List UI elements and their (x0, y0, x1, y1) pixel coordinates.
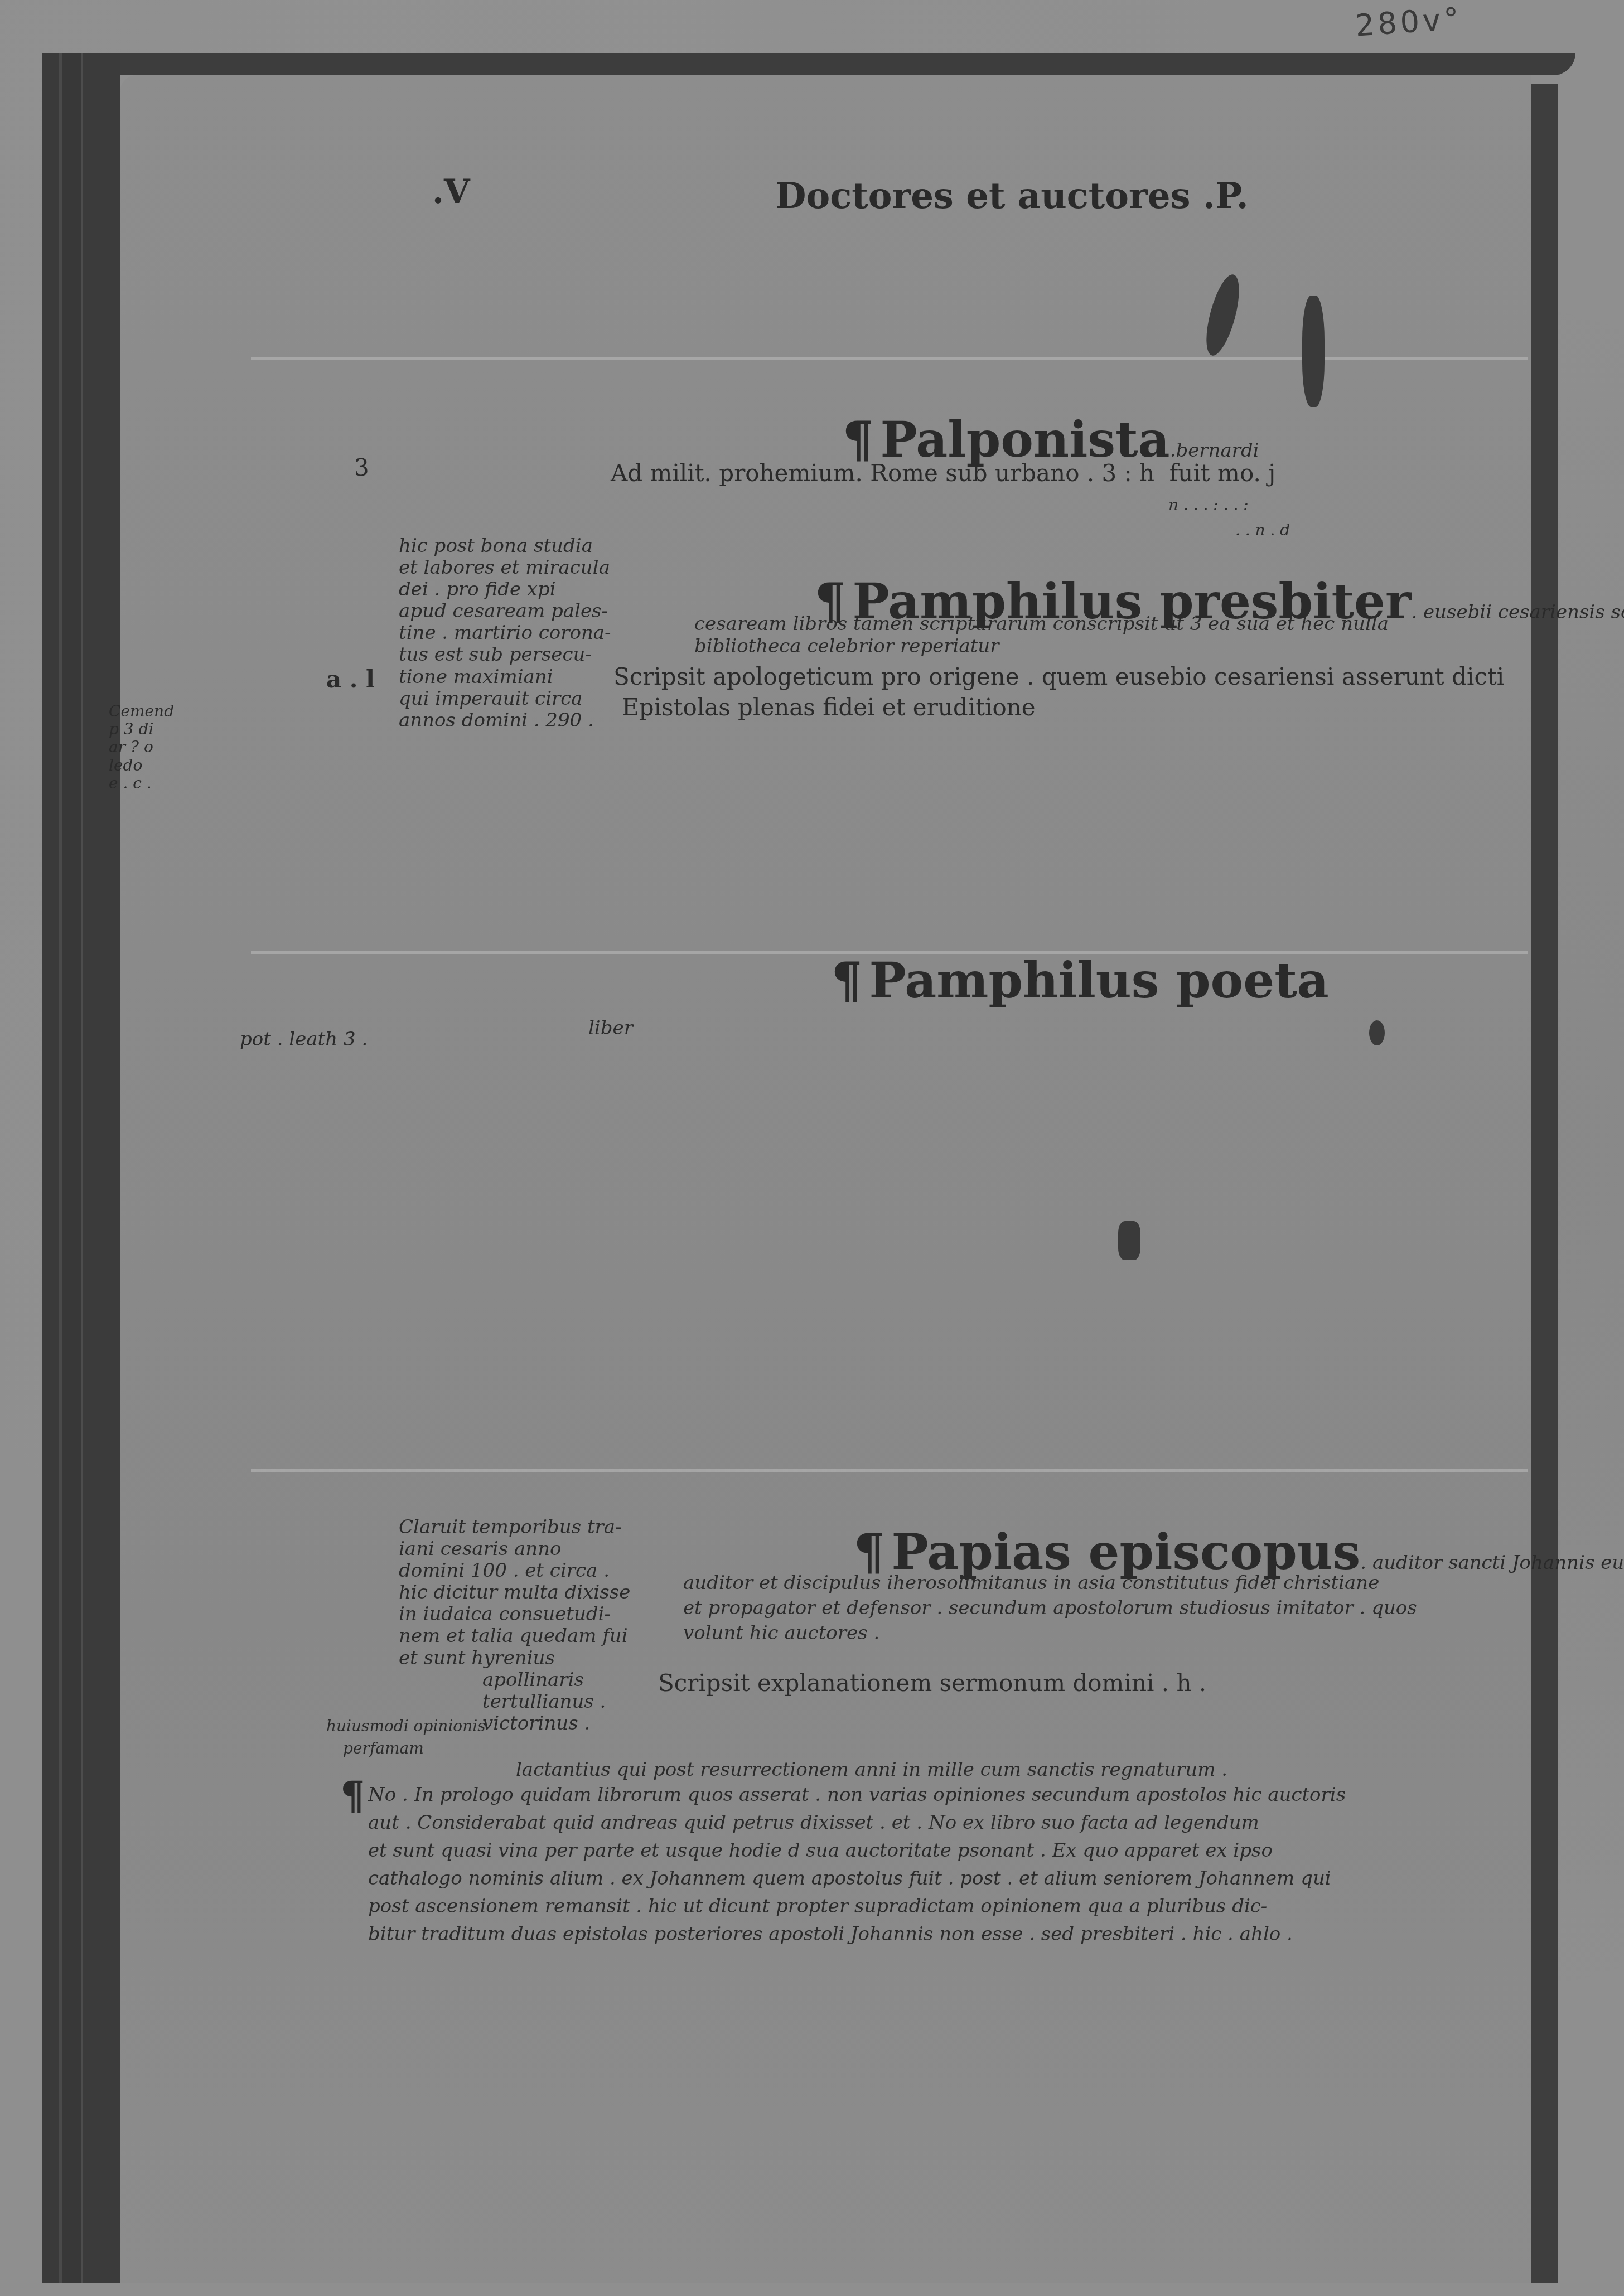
entry-heading: ¶Pamphilus poeta (814, 942, 1329, 1019)
margin-note-line: apollinaris (482, 1669, 714, 1691)
ink-stain (1200, 272, 1245, 359)
margin-note: hic post bona studia et labores et mirac… (399, 535, 611, 732)
entry-line: cesaream libros tamen scripturarum consc… (694, 613, 1389, 635)
margin-numeral: 3 (354, 454, 369, 481)
entry-line: Scripsit explanationem sermonum domini .… (658, 1670, 1206, 1697)
entry-line: Scripsit apologeticum pro origene . quem… (613, 663, 1504, 690)
mount-frame-left (42, 53, 120, 2283)
entry-line: bibliotheca celebrior reperiatur (694, 636, 999, 657)
outer-margin-line: Cemend (109, 703, 174, 720)
entry-rubric-suffix: . auditor sancti Johannis euange- (1360, 1552, 1624, 1574)
ink-stain (1302, 296, 1325, 407)
entry-line: n . . . : . . : (1168, 496, 1249, 514)
fold-line (251, 1469, 1528, 1472)
nota-line: aut . Considerabat quid andreas quid pet… (368, 1812, 1259, 1834)
section-mark: .V (432, 173, 470, 211)
margin-note-line: qui imperauit circa (399, 688, 611, 710)
liber-label: liber (588, 1018, 633, 1039)
nota-line: cathalogo nominis alium . ex Johannem qu… (368, 1868, 1331, 1890)
paragraph-mark-icon: ¶ (832, 951, 863, 1009)
entry-line: auditor et discipulus iherosolimitanus i… (683, 1572, 1379, 1594)
margin-note-line: tione maximiani (399, 666, 611, 688)
entry-line: Epistolas plenas fidei et eruditione (622, 694, 1036, 721)
nota-line: bitur traditum duas epistolas posteriore… (368, 1924, 1293, 1945)
outer-margin-line: p 3 di (109, 720, 174, 738)
nota-marker-icon: ¶ (340, 1773, 365, 1818)
entry-rubric-suffix: .bernardi (1170, 439, 1259, 462)
outer-margin-line: e . c . (109, 774, 174, 792)
entry-line: volunt hic auctores . (683, 1622, 879, 1644)
margin-note-line: annos domini . 290 . (399, 710, 611, 732)
continuation-line: lactantius qui post resurrectionem anni … (516, 1759, 1227, 1781)
margin-note-line: et labores et miracula (399, 557, 611, 579)
margin-note-line: dei . pro fide xpi (399, 579, 611, 600)
entry-line: et propagator et defensor . secundum apo… (683, 1597, 1417, 1619)
margin-note-line: hic dicitur multa dixisse (399, 1582, 630, 1604)
margin-note-line: nem et talia quedam fui (399, 1625, 630, 1647)
margin-note-line: victorinus . (482, 1713, 714, 1735)
margin-note-line: iani cesaris anno (399, 1538, 630, 1560)
entry-rubric-suffix: . eusebii cesariensis socius apud (1411, 601, 1624, 623)
margin-note-line: tine . martirio corona- (399, 622, 611, 644)
margin-note-line: Claruit temporibus tra- (399, 1517, 630, 1538)
margin-note-line: tertullianus . (482, 1691, 714, 1713)
nota-line: No . In prologo quidam librorum quos ass… (368, 1784, 1346, 1806)
margin-note-line: in iudaica consuetudi- (399, 1604, 630, 1625)
mount-frame-right (1531, 84, 1558, 2283)
margin-bracket-label: huiusmodi opinionis (326, 1717, 486, 1735)
entry-line: Ad milit. prohemium. Rome sub urbano . 3… (611, 460, 1275, 487)
outer-margin-line: ar ? o (109, 738, 174, 756)
fold-line (251, 357, 1528, 360)
margin-note-line: domini 100 . et circa . (399, 1560, 630, 1582)
margin-left-note: pot . leath 3 . (240, 1029, 368, 1050)
nota-line: et sunt quasi vina per parte et usque ho… (368, 1840, 1273, 1862)
manuscript-page: .V Doctores et auctores .P. 3 ¶Palponist… (120, 75, 1531, 2283)
margin-note: Claruit temporibus tra- iani cesaris ann… (399, 1517, 630, 1735)
entry-rubric: Pamphilus poeta (869, 951, 1329, 1009)
ink-stain (1369, 1020, 1385, 1045)
margin-note-line: tus est sub persecu- (399, 644, 611, 666)
margin-note-line: et sunt hyrenius (399, 1648, 630, 1669)
margin-note-line: apud cesaream pales- (399, 600, 611, 622)
margin-siglum: a . l (326, 666, 375, 693)
page-title: Doctores et auctores .P. (775, 176, 1249, 217)
ink-stain (1118, 1221, 1140, 1260)
entry-line: . . n . d (1235, 521, 1290, 539)
margin-bracket-label: perfamam (343, 1740, 424, 1757)
nota-line: post ascensionem remansit . hic ut dicun… (368, 1896, 1267, 1917)
mount-frame-top (42, 53, 1575, 75)
outer-margin-line: ledo (109, 757, 174, 774)
outer-margin-note: Cemend p 3 di ar ? o ledo e . c . (109, 703, 174, 792)
margin-note-line: hic post bona studia (399, 535, 611, 557)
folio-number: 280v° (1354, 1, 1463, 43)
